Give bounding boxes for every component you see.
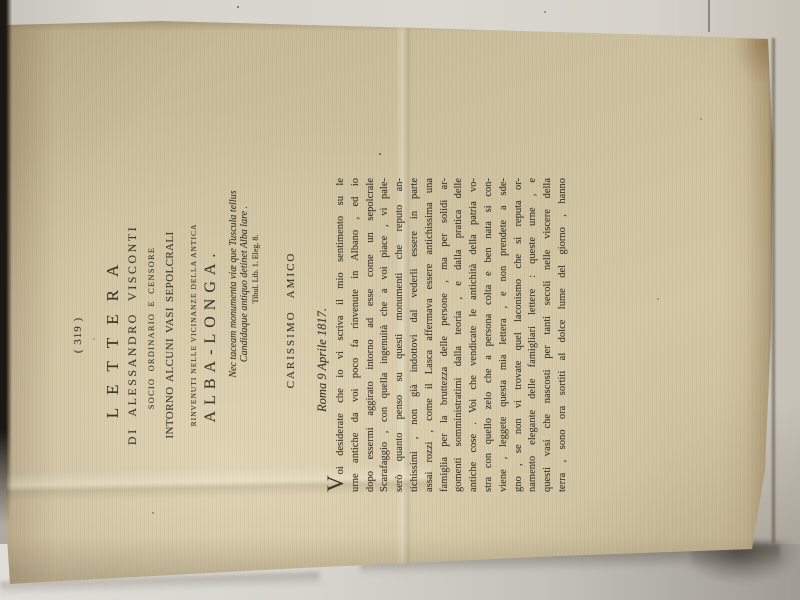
author-role-line: SOCIO ORDINARIO E CENSORE [146, 178, 156, 492]
body-line: antiche cose . Voi che vendicate le anti… [467, 178, 482, 492]
book-page-photo: ( 319 ) LETTERA DI ALESSANDRO VISCONTI S… [0, 0, 800, 600]
subject-line-2: RINVENUTI NELLE VICINANZE DELLA ANTICA [189, 178, 198, 492]
body-line: tichissimi , non già indottovi dal veder… [408, 178, 423, 492]
subject-line-1: INTORNO ALCUNI VASI SEPOLCRALI [164, 178, 176, 492]
printed-area: ( 319 ) LETTERA DI ALESSANDRO VISCONTI S… [10, 24, 772, 560]
body-line: questi vasi che nascosti per tanti secol… [541, 178, 556, 492]
letter-title: LETTERA [103, 178, 123, 492]
body-line: Voi desiderate che io vi scriva il mio s… [334, 178, 349, 492]
body-line: viene , leggete questa mia lettera , e n… [497, 178, 512, 492]
body-line: stra con quello zelo che a persona colta… [482, 178, 497, 492]
epigraph-line: Nec taceam monumenta viæ que Tuscula tel… [229, 184, 240, 384]
body-line: gno , se non vi trovate quel laconismo c… [512, 178, 527, 492]
body-line: urne antiche da voi poco fa rinvenute in… [349, 178, 364, 492]
salutation: CARISSIMO AMICO [285, 178, 297, 492]
paper-speck [237, 6, 239, 8]
epigraph-line: Candidaque antiquo detinet Alba lare . [240, 184, 251, 384]
letter-body: Voi desiderate che io vi scriva il mio s… [334, 178, 571, 492]
body-line: namento elegante delle famigliari letter… [526, 178, 541, 492]
page-number: ( 319 ) [72, 178, 84, 492]
place-title: ALBA-LONGA. [202, 178, 220, 492]
latin-epigraph: Nec taceam monumenta viæ que Tuscula tel… [229, 184, 250, 384]
rotated-text-sheet: ( 319 ) LETTERA DI ALESSANDRO VISCONTI S… [10, 24, 772, 560]
body-line: serò quanto penso su questi monumenti ch… [393, 178, 408, 492]
author-line: DI ALESSANDRO VISCONTI [125, 178, 140, 492]
body-line: terra , sono ora sortiti al dolce lume d… [556, 178, 571, 492]
body-line: assai rozzi , come il Lasca affermava es… [423, 178, 438, 492]
leaf-edge-line [708, 0, 710, 32]
spine-gutter-shadow [0, 0, 12, 525]
text-column: ( 319 ) LETTERA DI ALESSANDRO VISCONTI S… [10, 178, 772, 492]
body-line: gomenti somministratimi dalla teoria , e… [452, 178, 467, 492]
epigraph-citation: Tibul. Lib. 1. Eleg. 8. [251, 184, 260, 384]
page-right-edge-shadow [772, 38, 775, 543]
body-line: dopo essermi aggirato intorno ad esse co… [364, 178, 379, 492]
body-line: Scarafaggio , con quella ingenuità che a… [378, 178, 393, 492]
letter-page: ( 319 ) LETTERA DI ALESSANDRO VISCONTI S… [0, 0, 800, 600]
paper-speck [544, 11, 546, 13]
body-line: famiglia per la bruttezza delle persone … [438, 178, 453, 492]
dateline: Roma 9 Aprile 1817. [315, 178, 330, 492]
